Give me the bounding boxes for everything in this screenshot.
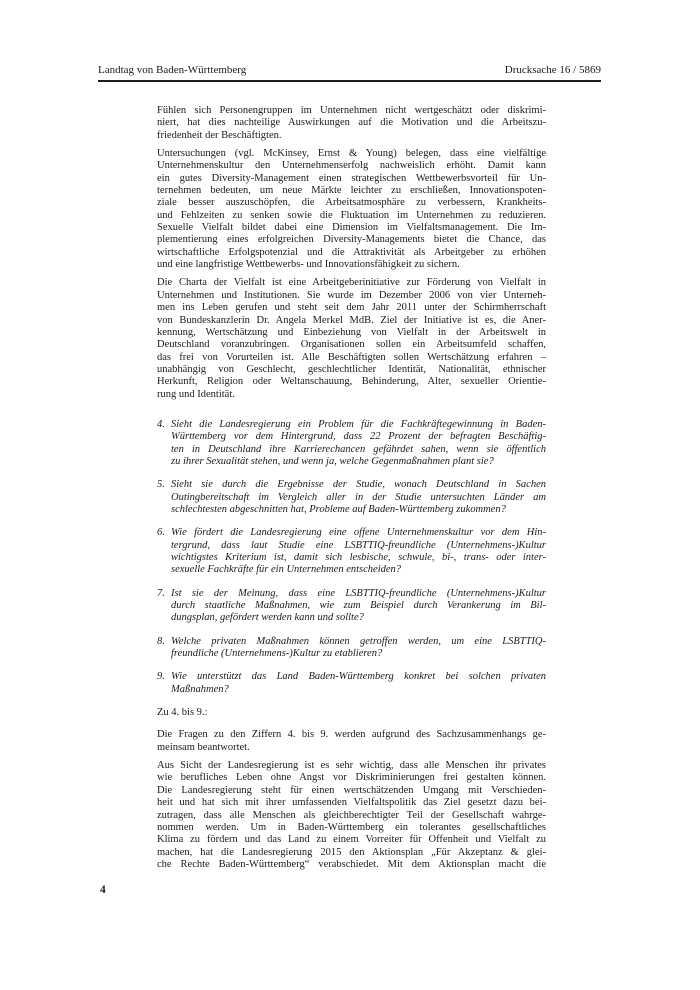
text-line: und eine langfristige Wettbewerbs- und I… xyxy=(157,259,546,271)
question-number: 8. xyxy=(157,636,165,648)
text-line: durch staatliche Maßnahmen, wie zum Beis… xyxy=(171,600,546,612)
text-line: meinsam beantwortet. xyxy=(157,742,546,754)
text-line: Ist sie der Meinung, dass eine LSBTTIQ-f… xyxy=(171,588,546,600)
text-line: Klima zu fördern und das Land zu einem V… xyxy=(157,834,546,846)
question-item: 9.Wie unterstützt das Land Baden-Württem… xyxy=(157,671,546,696)
text-line: machen, hat die Landesregierung 2015 den… xyxy=(157,847,546,859)
text-line: Herkunft, Religion oder Weltanschauung, … xyxy=(157,376,546,388)
text-line: Sexuelle Vielfalt bildet dabei eine Dime… xyxy=(157,222,546,234)
text-line: freundliche (Unternehmens-)Kultur zu eta… xyxy=(171,648,546,660)
text-line: Deutschland voranzubringen. Organisation… xyxy=(157,339,546,351)
question-item: 4.Sieht die Landesregierung ein Problem … xyxy=(157,419,546,468)
text-line: Unternehmenskultur den Unternehmenserfol… xyxy=(157,160,546,172)
page: Landtag von Baden-Württemberg Drucksache… xyxy=(0,0,700,990)
text-line: Aus Sicht der Landesregierung ist es seh… xyxy=(157,760,546,772)
body-paragraph: Aus Sicht der Landesregierung ist es seh… xyxy=(157,760,546,871)
text-line: dungsplan, gefördert werden kann und sol… xyxy=(171,612,546,624)
text-line: das frei von Vorurteilen ist. Alle Besch… xyxy=(157,352,546,364)
text-line: unabhängig von Geschlecht, geschlechtlic… xyxy=(157,364,546,376)
text-line: Württemberg vor dem Hintergrund, dass 22… xyxy=(171,431,546,443)
body-paragraph: Untersuchungen (vgl. McKinsey, Ernst & Y… xyxy=(157,148,546,271)
body-paragraph: Fühlen sich Personengruppen im Unternehm… xyxy=(157,105,546,142)
text-line: Untersuchungen (vgl. McKinsey, Ernst & Y… xyxy=(157,148,546,160)
text-line: Wie fördert die Landesregierung eine off… xyxy=(171,527,546,539)
text-line: Unternehmen und Institutionen. Sie wurde… xyxy=(157,290,546,302)
text-line: Sieht sie durch die Ergebnisse der Studi… xyxy=(171,479,546,491)
page-header: Landtag von Baden-Württemberg Drucksache… xyxy=(98,64,601,82)
text-line: Die Landesregierung steht für einen wert… xyxy=(157,785,546,797)
text-line: schlechtesten abgeschnitten hat, Problem… xyxy=(171,504,546,516)
question-item: 5.Sieht sie durch die Ergebnisse der Stu… xyxy=(157,479,546,516)
text-line: Outingbereitschaft im Vergleich aller in… xyxy=(171,492,546,504)
text-line: Wie unterstützt das Land Baden-Württembe… xyxy=(171,671,546,683)
text-line: Maßnahmen? xyxy=(171,684,546,696)
body-paragraph: Die Fragen zu den Ziffern 4. bis 9. werd… xyxy=(157,729,546,754)
page-number: 4 xyxy=(100,884,106,896)
text-line: sexuelle Fachkräfte für ein Unternehmen … xyxy=(171,564,546,576)
text-line: Die Charta der Vielfalt ist eine Arbeitg… xyxy=(157,277,546,289)
question-number: 7. xyxy=(157,588,165,600)
text-line: ein gutes Diversity-Management einen str… xyxy=(157,173,546,185)
question-item: 7.Ist sie der Meinung, dass eine LSBTTIQ… xyxy=(157,588,546,625)
question-number: 9. xyxy=(157,671,165,683)
text-line: zu ihrer Sexualität stehen, und wenn ja,… xyxy=(171,456,546,468)
header-publisher: Landtag von Baden-Württemberg xyxy=(98,64,246,77)
text-line: nommen werden. Um in Baden-Württemberg e… xyxy=(157,822,546,834)
text-line: von Bundeskanzlerin Dr. Angela Merkel Md… xyxy=(157,315,546,327)
text-line: zutragen, dass alle Menschen als gleichb… xyxy=(157,810,546,822)
text-line: Welche privaten Maßnahmen können getroff… xyxy=(171,636,546,648)
answer-reference-label: Zu 4. bis 9.: xyxy=(157,707,546,719)
text-line: ternehmen bedeuten, um neue Märkte leich… xyxy=(157,185,546,197)
question-number: 4. xyxy=(157,419,165,431)
text-line: men ins Leben gerufen und steht seit dem… xyxy=(157,302,546,314)
text-line: plementierung eines erfolgreichen Divers… xyxy=(157,234,546,246)
body-paragraph: Die Charta der Vielfalt ist eine Arbeitg… xyxy=(157,277,546,400)
text-line: wie berufliches Leben ohne Angst vor Dis… xyxy=(157,772,546,784)
text-line: Die Fragen zu den Ziffern 4. bis 9. werd… xyxy=(157,729,546,741)
question-number: 5. xyxy=(157,479,165,491)
text-line: heit und hat sich mit ihrer umfassenden … xyxy=(157,797,546,809)
header-document-id: Drucksache 16 / 5869 xyxy=(505,64,601,77)
text-line: friedenheit der Beschäftigten. xyxy=(157,130,546,142)
text-line: Sieht die Landesregierung ein Problem fü… xyxy=(171,419,546,431)
text-line: wichtigstes Kriterium ist, damit sich le… xyxy=(171,552,546,564)
document-page: { "page": { "number": "4" }, "header": {… xyxy=(0,0,700,990)
text-line: rung und Identität. xyxy=(157,389,546,401)
question-item: 8.Welche privaten Maßnahmen können getro… xyxy=(157,636,546,661)
text-line: ziale besser auszuschöpfen, die Arbeitsa… xyxy=(157,197,546,209)
text-line: tergrund, dass laut Studie eine LSBTTIQ-… xyxy=(171,540,546,552)
text-line: und Fehlzeiten zu senken sowie die Flukt… xyxy=(157,210,546,222)
question-item: 6.Wie fördert die Landesregierung eine o… xyxy=(157,527,546,576)
text-line: che Rechte Baden-Württemberg“ verabschie… xyxy=(157,859,546,871)
text-line: niert, hat dies nachteilige Auswirkungen… xyxy=(157,117,546,129)
text-line: wirtschaftliche Erfolgspotenzial und die… xyxy=(157,247,546,259)
text-line: Fühlen sich Personengruppen im Unternehm… xyxy=(157,105,546,117)
text-line: kennung, Wertschätzung und Einbeziehung … xyxy=(157,327,546,339)
question-number: 6. xyxy=(157,527,165,539)
text-line: ten in Deutschland ihre Karrierechancen … xyxy=(171,444,546,456)
document-body: Fühlen sich Personengruppen im Unternehm… xyxy=(157,105,546,877)
